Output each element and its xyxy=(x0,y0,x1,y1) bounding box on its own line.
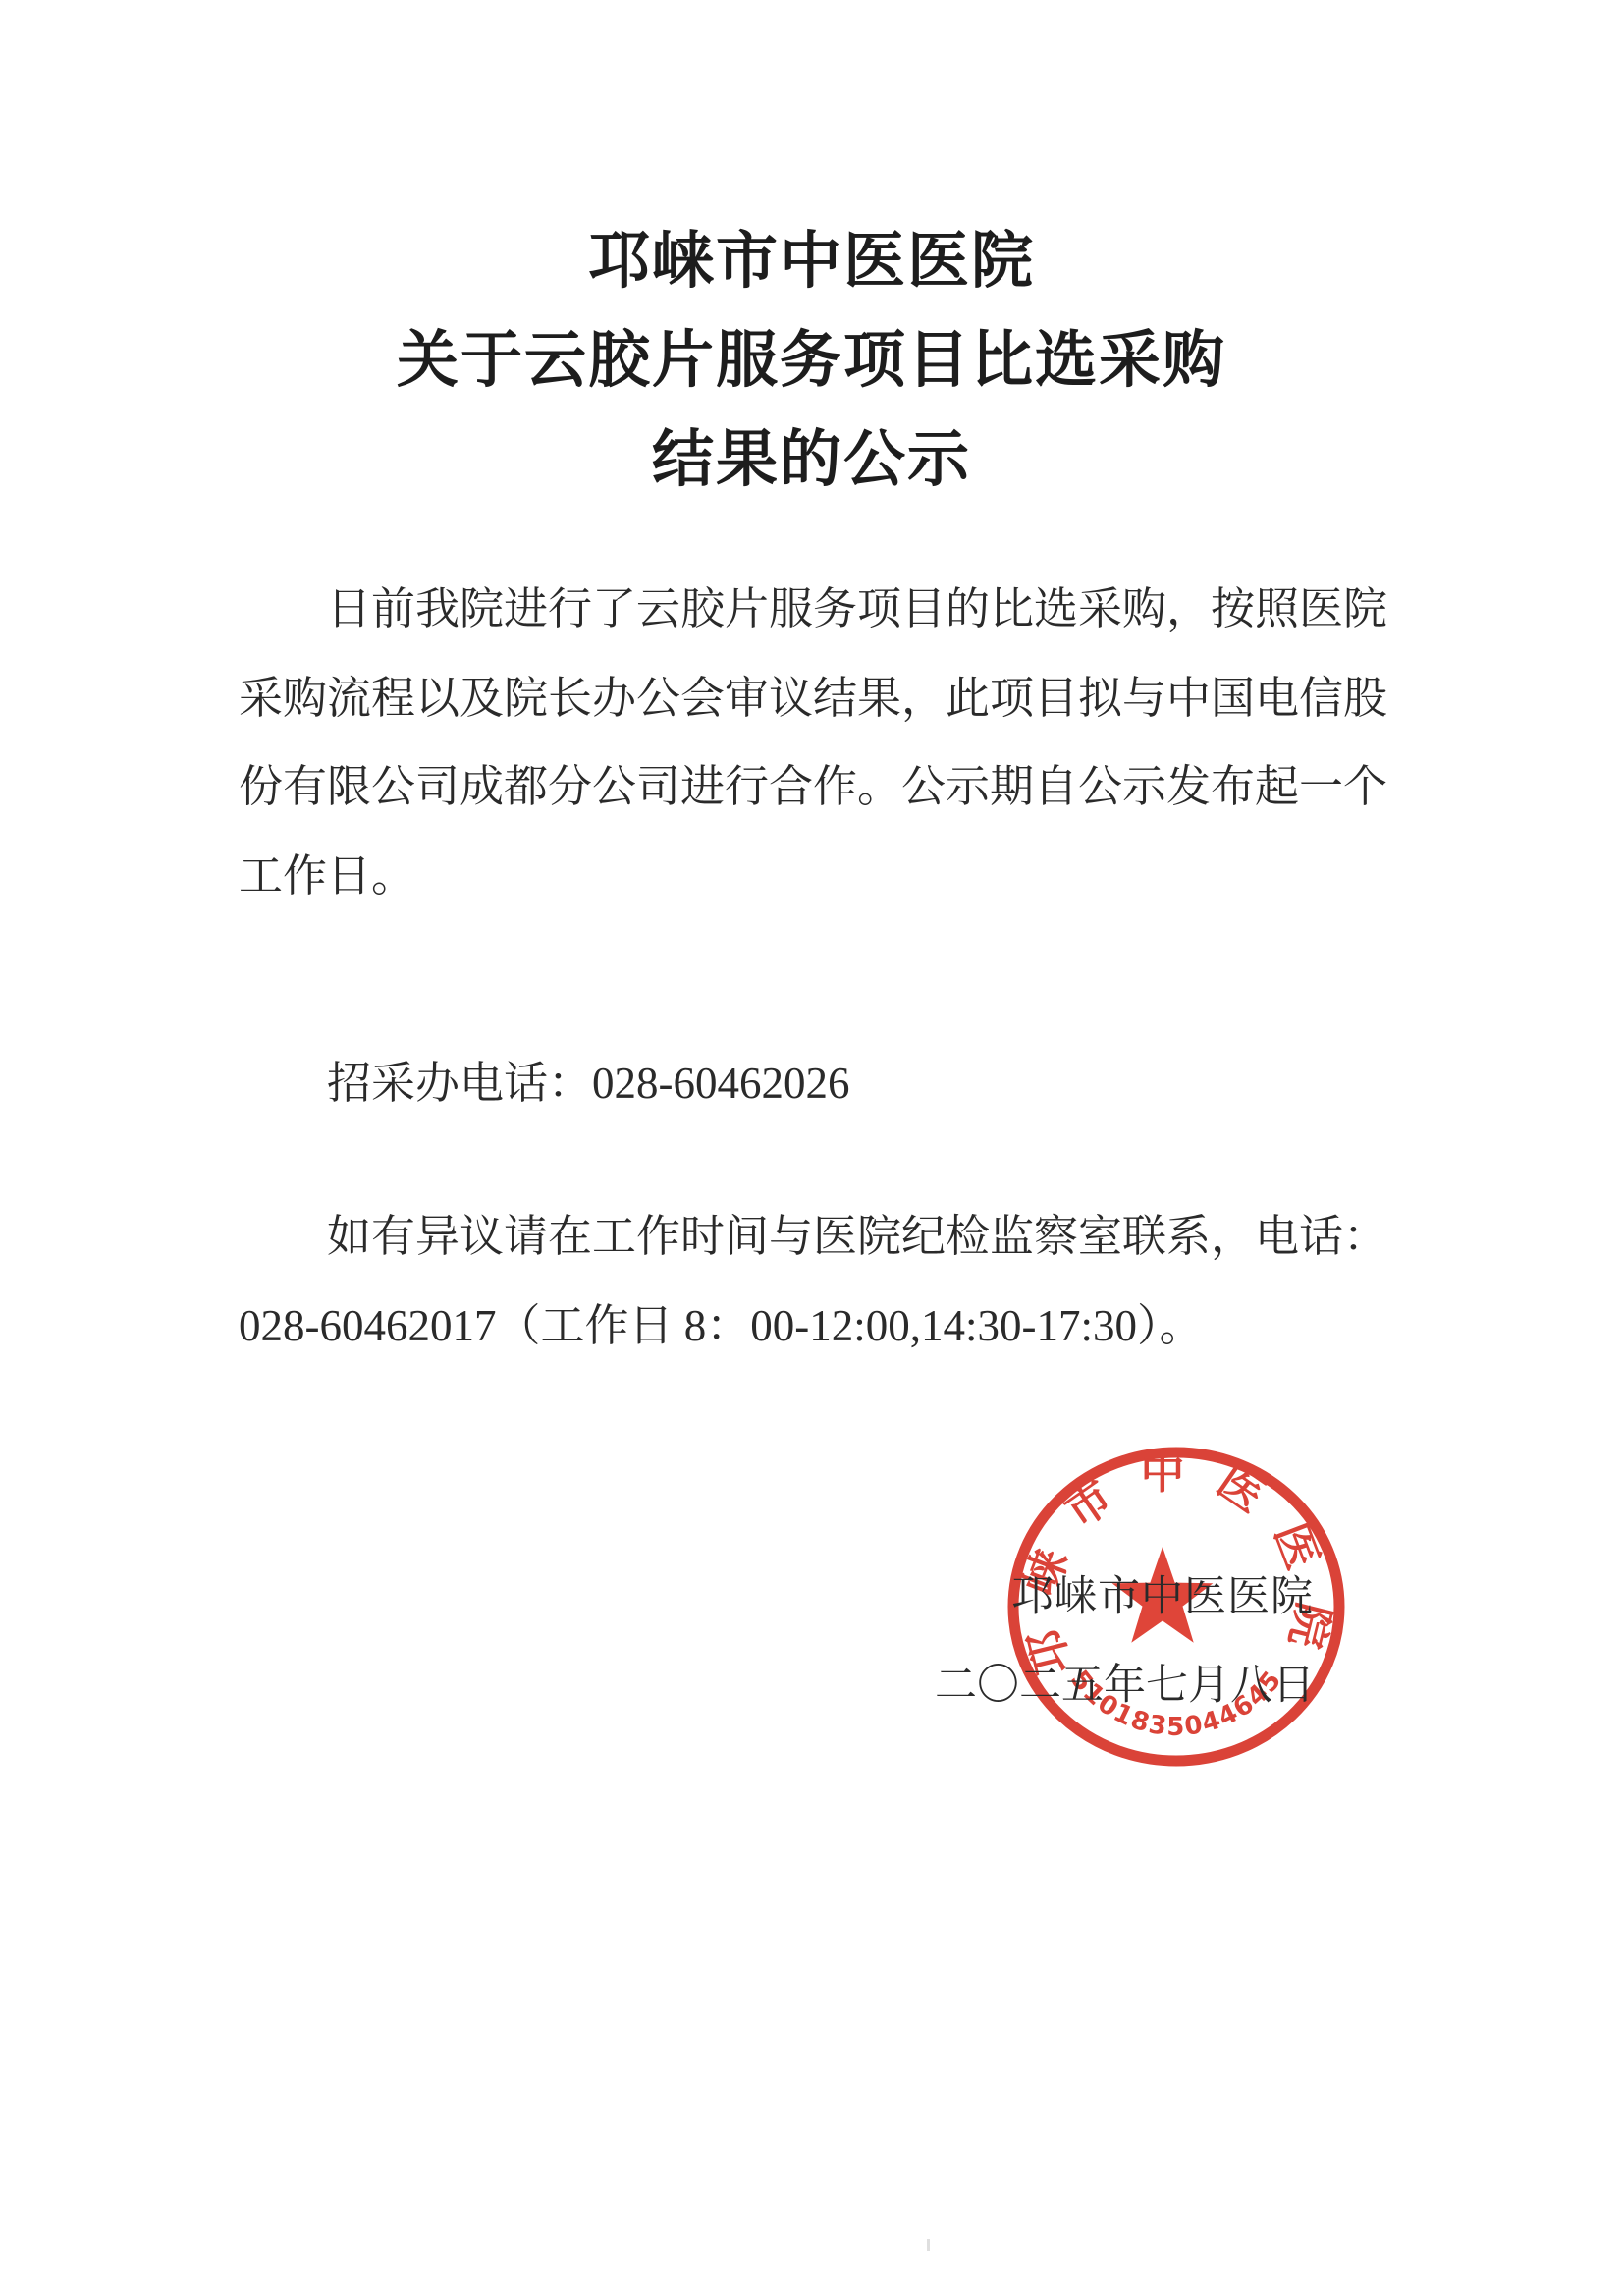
paragraph-1: 日前我院进行了云胶片服务项目的比选采购，按照医院 采购流程以及院长办公会审议结果… xyxy=(239,565,1387,920)
paragraph-2-line-2: 028-60462017（工作日 8：00-12:00,14:30-17:30）… xyxy=(239,1282,1387,1371)
contact-line-block: 招采办电话：028-60462026 xyxy=(239,1039,1387,1128)
signature-date: 二〇二五年七月八日 xyxy=(935,1652,1315,1712)
paragraph-1-line-1: 日前我院进行了云胶片服务项目的比选采购，按照医院 xyxy=(239,565,1387,654)
signature-organization: 邛崃市中医医院 xyxy=(1011,1563,1314,1623)
title-line-2: 关于云胶片服务项目比选采购 xyxy=(0,311,1623,410)
document-page: 邛崃市中医医院 关于云胶片服务项目比选采购 结果的公示 日前我院进行了云胶片服务… xyxy=(0,0,1623,2296)
document-title: 邛崃市中医医院 关于云胶片服务项目比选采购 结果的公示 xyxy=(0,212,1623,510)
paragraph-1-line-2: 采购流程以及院长办公会审议结果，此项目拟与中国电信股 xyxy=(239,654,1387,743)
paragraph-2-line-1: 如有异议请在工作时间与医院纪检监察室联系，电话： xyxy=(239,1192,1387,1282)
scan-artifact-mark xyxy=(927,2239,930,2251)
title-line-3: 结果的公示 xyxy=(0,410,1623,510)
paragraph-1-line-4: 工作日。 xyxy=(239,832,1387,921)
paragraph-1-line-3: 份有限公司成都分公司进行合作。公示期自公示发布起一个 xyxy=(239,742,1387,832)
title-line-1: 邛崃市中医医院 xyxy=(0,212,1623,311)
paragraph-2: 如有异议请在工作时间与医院纪检监察室联系，电话： 028-60462017（工作… xyxy=(239,1192,1387,1370)
procurement-phone-line: 招采办电话：028-60462026 xyxy=(239,1039,1387,1128)
